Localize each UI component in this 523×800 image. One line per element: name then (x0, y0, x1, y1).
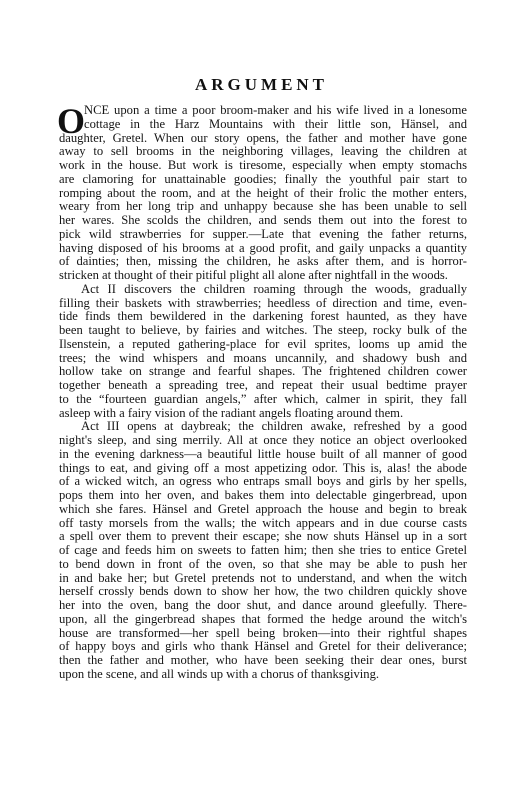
text-line: her into the oven, bang the door shut, a… (59, 599, 467, 613)
text-line: cottage in the Harz Mountains with their… (59, 118, 467, 132)
text-line: NCE upon a time a poor broom-maker and h… (59, 104, 467, 118)
text-line: upon the scene, and all winds up with a … (59, 668, 467, 682)
text-line: weary from her long trip and unhappy bec… (59, 200, 467, 214)
argument-body: O NCE upon a time a poor broom-maker and… (59, 104, 467, 682)
text-line: house are transformed—her spell being br… (59, 627, 467, 641)
paragraph-act-3: Act III opens at daybreak; the children … (59, 420, 467, 681)
text-line: daughter, Gretel. When our story opens, … (59, 132, 467, 146)
text-line: stricken at thought of their pitiful pli… (59, 269, 467, 283)
text-line: Ilsenstein, a reputed gathering-place fo… (59, 338, 467, 352)
text-line: romping about the room, and at the heigh… (59, 187, 467, 201)
paragraph-act-2: Act II discovers the children roaming th… (59, 283, 467, 421)
text-line: Act II discovers the children roaming th… (59, 283, 467, 297)
text-line: of a wicked witch, an ogress who entraps… (59, 475, 467, 489)
text-line: in and bake her; but Gretel pretends not… (59, 572, 467, 586)
text-line: of happy boys and girls who thank Hänsel… (59, 640, 467, 654)
text-line: work in the house. But work is tiresome,… (59, 159, 467, 173)
text-line: things to eat, and giving off a most app… (59, 462, 467, 476)
text-line: trees; the wind whispers and moans uncan… (59, 352, 467, 366)
text-line: to the “fourteen guardian angels,” after… (59, 393, 467, 407)
text-line: of dainties; then, missing the children,… (59, 255, 467, 269)
text-line: her wares. She scolds the children, and … (59, 214, 467, 228)
text-line: off tasty morsels from the walls; the wi… (59, 517, 467, 531)
text-line: Act III opens at daybreak; the children … (59, 420, 467, 434)
text-line: are clamoring for unattainable goodies; … (59, 173, 467, 187)
text-line: asleep with a fairy vision of the radian… (59, 407, 467, 421)
text-line: pops them into her oven, and bakes them … (59, 489, 467, 503)
page-title: ARGUMENT (0, 75, 523, 95)
text-line: a spell over them to prevent their escap… (59, 530, 467, 544)
text-line: to bend down in front of the oven, so th… (59, 558, 467, 572)
text-line: away to sell brooms in the neighboring v… (59, 145, 467, 159)
text-line: which she fares. Hänsel and Gretel appro… (59, 503, 467, 517)
text-line: night's sleep, and sing merrily. All at … (59, 434, 467, 448)
text-line: filling their baskets with strawberries;… (59, 297, 467, 311)
text-line: tide finds them bewildered in the darken… (59, 310, 467, 324)
text-line: been taught to believe, by fairies and w… (59, 324, 467, 338)
text-line: having disposed of his brooms at a good … (59, 242, 467, 256)
text-line: in the evening darkness—a beautiful litt… (59, 448, 467, 462)
text-line: upon, all the gingerbread shapes that fo… (59, 613, 467, 627)
text-line: pick wild strawberries for supper.—Late … (59, 228, 467, 242)
text-line: herself crossly bends down to show her h… (59, 585, 467, 599)
paragraph-act-1: O NCE upon a time a poor broom-maker and… (59, 104, 467, 283)
text-line: then the father and mother, who have bee… (59, 654, 467, 668)
drop-cap: O (57, 106, 85, 136)
text-line: of cage and feeds him on sweets to fatte… (59, 544, 467, 558)
document-page: ARGUMENT O NCE upon a time a poor broom-… (0, 0, 523, 800)
text-line: together beneath a spreading tree, and r… (59, 379, 467, 393)
text-line: hollow take on strange and fearful shape… (59, 365, 467, 379)
